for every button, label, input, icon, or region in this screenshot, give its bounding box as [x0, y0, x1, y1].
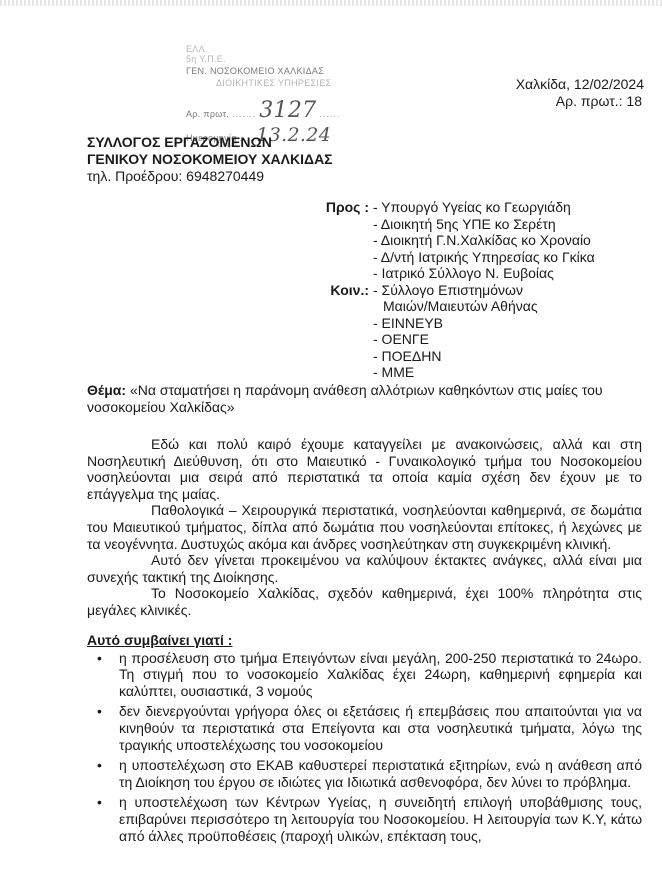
subject-label: Θέμα: [87, 382, 126, 398]
stamp-protocol-label: Αρ. πρωτ. [186, 109, 229, 119]
scan-noise [0, 0, 662, 6]
sender-name-line-2: ΓΕΝΙΚΟΥ ΝΟΣΟΚΟΜΕΙΟΥ ΧΑΛΚΙΔΑΣ [87, 151, 333, 168]
cc-recipient: - ΟΕΝΓΕ [373, 331, 538, 348]
cc-recipient: - ΠΟΕΔΗΝ [373, 348, 538, 365]
sender-name-line-1: ΣΥΛΛΟΓΟΣ ΕΡΓΑΖΟΜΕΝΩΝ [87, 134, 333, 151]
cc-recipient-continuation: Μαιών/Μαιευτών Αθήνας [373, 298, 538, 315]
reason-item: η υποστελέχωση στο ΕΚΑΒ καθυστερεί περισ… [119, 757, 642, 790]
to-label: Προς : [316, 199, 373, 282]
reasons-section: Αυτό συμβαίνει γιατί : η προσέλευση στο … [87, 632, 642, 848]
cc-recipient: - ΜΜΕ [373, 364, 538, 381]
stamp-line-3: ΓΕΝ. ΝΟΣΟΚΟΜΕΙΟ ΧΑΛΚΙΔΑΣ [186, 66, 324, 76]
stamp-line-2: 5η Υ.Π.Ε. [186, 54, 226, 64]
recipient: - Διοικητή Γ.Ν.Χαλκίδας κο Χροναίο [373, 232, 595, 249]
cc-section: Κοιν.: - Σύλλογο Επιστημόνων Μαιών/Μαιευ… [316, 282, 595, 381]
reason-item: δεν διενεργούνται γρήγορα όλες οι εξετάσ… [119, 703, 642, 753]
recipient: - Δ/ντή Ιατρικής Υπηρεσίας κο Γκίκα [373, 249, 595, 266]
reason-item: η υποστελέχωση των Κέντρων Υγείας, η συν… [119, 794, 642, 844]
subject-text: «Να σταματήσει η παράνομη ανάθεση αλλότρ… [87, 382, 603, 415]
body-paragraph: Αυτό δεν γίνεται προκειμένου να καλύψουν… [87, 552, 642, 585]
recipient: - Υπουργό Υγείας κο Γεωργιάδη [373, 199, 595, 216]
letter-body: Εδώ και πολύ καιρό έχουμε καταγγείλει με… [87, 436, 642, 619]
body-paragraph: Εδώ και πολύ καιρό έχουμε καταγγείλει με… [87, 436, 642, 502]
body-paragraph: Παθολογικά – Χειρουργικά περιστατικά, νο… [87, 502, 642, 552]
recipient: - Διοικητή 5ης ΥΠΕ κο Σερέτη [373, 216, 595, 233]
cc-recipient: - Σύλλογο Επιστημόνων [373, 282, 538, 299]
reason-item: η προσέλευση στο τμήμα Επειγόντων είναι … [119, 650, 642, 700]
subject-line: Θέμα: «Να σταματήσει η παράνομη ανάθεση … [87, 382, 647, 416]
to-section: Προς : - Υπουργό Υγείας κο Γεωργιάδη - Δ… [316, 199, 595, 282]
body-paragraph: Το Νοσοκομείο Χαλκίδας, σχεδόν καθημεριν… [87, 585, 642, 618]
place-date: Χαλκίδα, 12/02/2024 [516, 76, 644, 93]
cc-recipient: - ΕΙΝΝΕΥΒ [373, 315, 538, 332]
cc-label: Κοιν.: [316, 282, 373, 381]
protocol-number: Αρ. πρωτ.: 18 [516, 93, 644, 110]
letter-date-block: Χαλκίδα, 12/02/2024 Αρ. πρωτ.: 18 [516, 76, 644, 110]
protocol-stamp: ΕΛΛ. 5η Υ.Π.Ε. ΓΕΝ. ΝΟΣΟΚΟΜΕΙΟ ΧΑΛΚΙΔΑΣ … [186, 44, 376, 144]
sender-block: ΣΥΛΛΟΓΟΣ ΕΡΓΑΖΟΜΕΝΩΝ ΓΕΝΙΚΟΥ ΝΟΣΟΚΟΜΕΙΟΥ… [87, 134, 333, 185]
stamp-line-4: ΔΙΟΙΚΗΤΙΚΕΣ ΥΠΗΡΕΣΙΕΣ [216, 78, 331, 88]
reasons-heading: Αυτό συμβαίνει γιατί : [87, 632, 642, 649]
reasons-list: η προσέλευση στο τμήμα Επειγόντων είναι … [87, 650, 642, 845]
stamp-protocol-handwritten: 3127 [259, 98, 316, 123]
stamp-line-1: ΕΛΛ. [186, 44, 208, 54]
recipient: - Ιατρικό Σύλλογο Ν. Ευβοίας [373, 265, 595, 282]
recipients-block: Προς : - Υπουργό Υγείας κο Γεωργιάδη - Δ… [316, 199, 595, 381]
sender-phone: τηλ. Προέδρου: 6948270449 [87, 168, 333, 185]
